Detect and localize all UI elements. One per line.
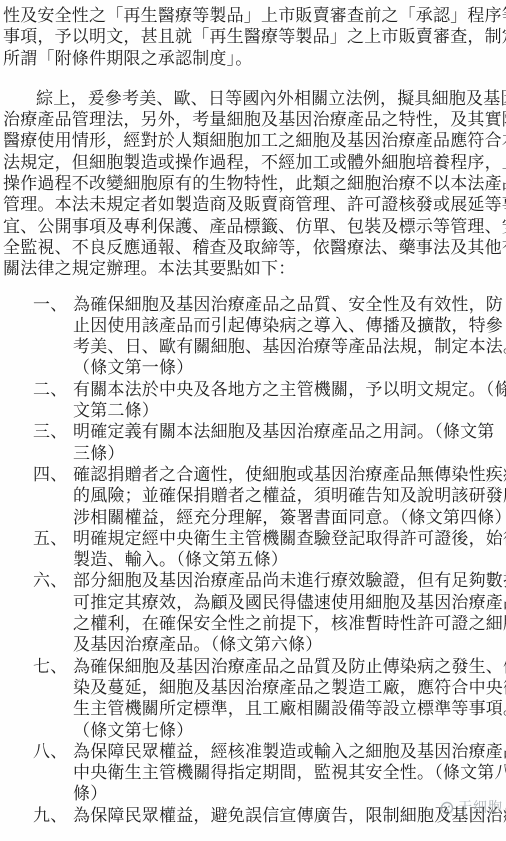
list-item-text: 部分細胞及基因治療產品尚未進行療效驗證，但有足夠數據 可推定其療效，為顧及國民得… [73,570,503,655]
list-item-text: 為確保細胞及基因治療產品之品質、安全性及有效性，防 止因使用該產品而引起傳染病之… [73,294,503,379]
document-page: 性及安全性之「再生醫療等製品」上市販賣審查前之「承認」程序等 事項，予以明文，甚… [0,0,506,841]
text-line: 關法律之規定辦理。本法其要點如下： [3,258,503,279]
list-item-marker: 五、 [3,528,73,549]
text-line: 止因使用該產品而引起傳染病之導入、傳播及擴散，特參 [73,315,503,336]
list-item: 六、 部分細胞及基因治療產品尚未進行療效驗證，但有足夠數據 可推定其療效，為顧及… [3,570,503,655]
list-item: 八、 為保障民眾權益，經核准製造或輸入之細胞及基因治療產品 中央衛生主管機關得指… [3,741,503,805]
text-line: 管理。本法未規定者如製造商及販賣商管理、許可證核發或展延等事 [3,194,503,215]
intro-paragraph: 性及安全性之「再生醫療等製品」上市販賣審查前之「承認」程序等 事項，予以明文，甚… [3,5,503,69]
text-line: 明確規定經中央衛生主管機關查驗登記取得許可證後，始得 [73,528,503,549]
list-item: 七、 為確保細胞及基因治療產品之品質及防止傳染病之發生、傳 染及蔓延，細胞及基因… [3,656,503,741]
list-item: 五、 明確規定經中央衛生主管機關查驗登記取得許可證後，始得 製造、輸入。（條文第… [3,528,503,571]
text-line: 之權利，在確保安全性之前提下，核准暫時性許可證之細胞 [73,613,503,634]
list-item: 二、 有關本法於中央及各地方之主管機關，予以明文規定。（條 文第二條） [3,379,503,422]
list-item: 三、 明確定義有關本法細胞及基因治療產品之用詞。（條文第 三條） [3,421,503,464]
list-item-marker: 四、 [3,464,73,485]
watermark-label: 干细胞 [458,797,503,818]
text-line: 明確定義有關本法細胞及基因治療產品之用詞。（條文第 [73,421,503,442]
list-item-text: 有關本法於中央及各地方之主管機關，予以明文規定。（條 文第二條） [73,379,503,422]
list-item: 九、 為保障民眾權益，避免誤信宣傳廣告，限制細胞及基因治療 [3,805,503,826]
text-line: 宜、公開事項及專利保護、產品標籤、仿單、包裝及標示等管理、安 [3,216,503,237]
text-line: （條文第一條） [73,357,503,378]
text-line: 全監視、不良反應通報、稽查及取締等，依醫療法、藥事法及其他有 [3,237,503,258]
text-line: 為保障民眾權益，經核准製造或輸入之細胞及基因治療產品 [73,741,503,762]
text-line: 及基因治療產品。（條文第六條） [73,634,503,655]
text-line: 三條） [73,443,503,464]
text-line: 所謂「附條件期限之承認制度」。 [3,48,503,69]
list-item-marker: 二、 [3,379,73,400]
text-line: 生主管機關所定標準，且工廠相關設備等設立標準等事項。 [73,698,503,719]
text-line: 操作過程不改變細胞原有的生物特性，此類之細胞治療不以本法產品 [3,173,503,194]
text-line: 文第二條） [73,400,503,421]
list-item-text: 明確規定經中央衛生主管機關查驗登記取得許可證後，始得 製造、輸入。（條文第五條） [73,528,503,571]
text-line: （條文第七條） [73,720,503,741]
list-item-text: 為保障民眾權益，經核准製造或輸入之細胞及基因治療產品 中央衛生主管機關得指定期間… [73,741,503,805]
text-line: 考美、日、歐有關細胞、基因治療等產品法規，制定本法。 [73,336,503,357]
text-line: 綜上，爰參考美、歐、日等國內外相關立法例，擬具細胞及基因 [3,88,503,109]
text-line: 事項，予以明文，甚且就「再生醫療等製品」之上市販賣審查，制定 [3,26,503,47]
summary-paragraph: 綜上，爰參考美、歐、日等國內外相關立法例，擬具細胞及基因 治療產品管理法，另外，… [3,88,503,280]
text-line: 有關本法於中央及各地方之主管機關，予以明文規定。（條 [73,379,503,400]
cell-logo-icon [439,800,455,816]
list-item-marker: 一、 [3,294,73,315]
list-item-marker: 九、 [3,805,73,826]
text-line: 性及安全性之「再生醫療等製品」上市販賣審查前之「承認」程序等 [3,5,503,26]
text-line: 部分細胞及基因治療產品尚未進行療效驗證，但有足夠數據 [73,570,503,591]
text-line: 涉相關權益，經充分理解，簽署書面同意。（條文第四條） [73,507,503,528]
list-item-text: 確認捐贈者之合適性，使細胞或基因治療產品無傳染性疾病 的風險；並確保捐贈者之權益… [73,464,503,528]
text-line: 治療產品管理法，另外，考量細胞及基因治療產品之特性，及其實際 [3,109,503,130]
text-line: 製造、輸入。（條文第五條） [73,549,503,570]
text-line: 法規定，但細胞製造或操作過程，不經加工或體外細胞培養程序，且 [3,152,503,173]
text-line: 為確保細胞及基因治療產品之品質、安全性及有效性，防 [73,294,503,315]
list-item-marker: 七、 [3,656,73,677]
list-item-text: 明確定義有關本法細胞及基因治療產品之用詞。（條文第 三條） [73,421,503,464]
list-item-marker: 六、 [3,570,73,591]
text-line: 可推定其療效，為顧及國民得儘速使用細胞及基因治療產品 [73,592,503,613]
list-item: 一、 為確保細胞及基因治療產品之品質、安全性及有效性，防 止因使用該產品而引起傳… [3,294,503,379]
list-item-marker: 八、 [3,741,73,762]
text-line: 為確保細胞及基因治療產品之品質及防止傳染病之發生、傳 [73,656,503,677]
text-line: 中央衛生主管機關得指定期間，監視其安全性。（條文第八 [73,762,503,783]
text-line: 染及蔓延，細胞及基因治療產品之製造工廠，應符合中央衛 [73,677,503,698]
text-line: 的風險；並確保捐贈者之權益，須明確告知及說明該研發所 [73,485,503,506]
watermark: 干细胞 [439,797,503,818]
text-line: 醫療使用情形，經對於人類細胞加工之細胞及基因治療產品應符合本 [3,130,503,151]
list-item: 四、 確認捐贈者之合適性，使細胞或基因治療產品無傳染性疾病 的風險；並確保捐贈者… [3,464,503,528]
list-item-marker: 三、 [3,421,73,442]
text-line: 確認捐贈者之合適性，使細胞或基因治療產品無傳染性疾病 [73,464,503,485]
list-item-text: 為確保細胞及基因治療產品之品質及防止傳染病之發生、傳 染及蔓延，細胞及基因治療產… [73,656,503,741]
key-points-list: 一、 為確保細胞及基因治療產品之品質、安全性及有效性，防 止因使用該產品而引起傳… [3,294,503,826]
